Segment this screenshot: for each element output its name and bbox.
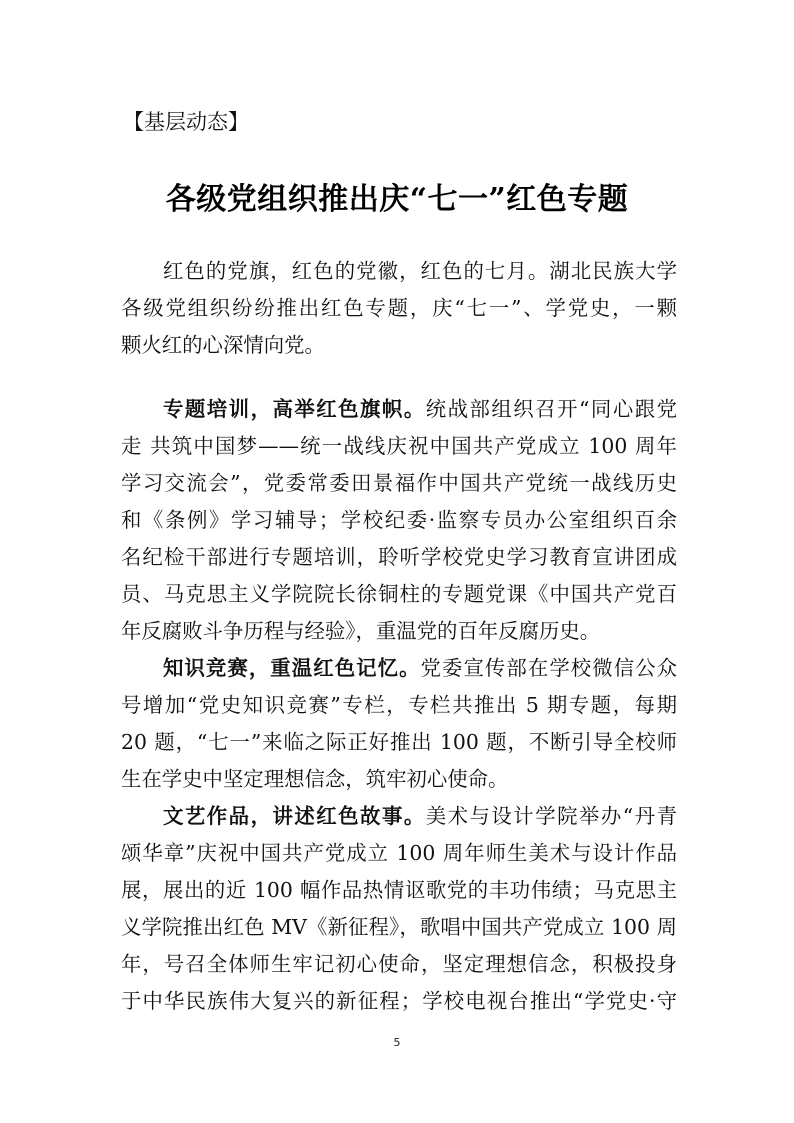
text-line: 和《条例》学习辅导；学校纪委·监察专员办公室组织百余	[121, 502, 677, 539]
text-line: 生在学史中坚定理想信念，筑牢初心使命。	[121, 761, 677, 798]
paragraph-lead: 知识竞赛，重温红色记忆。	[163, 656, 421, 680]
paragraph-lead: 专题培训，高举红色旗帜。	[163, 397, 426, 421]
article-title: 各级党组织推出庆“七一”红色专题	[0, 174, 794, 218]
text-line: 学习交流会”，党委常委田景福作中国共产党统一战线历史	[121, 465, 677, 502]
text-line: 红色的党旗，红色的党徽，红色的七月。湖北民族大学	[121, 253, 677, 290]
text-line: 各级党组织纷纷推出红色专题，庆“七一”、学党史，一颗	[121, 290, 677, 327]
text-line: 颂华章”庆祝中国共产党成立 100 周年师生美术与设计作品	[121, 835, 677, 872]
paragraph-quiz: 知识竞赛，重温红色记忆。党委宣传部在学校微信公众 号增加“党史知识竞赛”专栏，专…	[121, 650, 677, 798]
text-line: 年，号召全体师生牢记初心使命，坚定理想信念，积极投身	[121, 946, 677, 983]
text-line: 走 共筑中国梦——统一战线庆祝中国共产党成立 100 周年	[121, 428, 677, 465]
text-line: 颗火红的心深情向党。	[121, 327, 677, 364]
text-line: 展，展出的近 100 幅作品热情讴歌党的丰功伟绩；马克思主	[121, 872, 677, 909]
section-label: 【基层动态】	[123, 106, 249, 136]
text-line: 义学院推出红色 MV《新征程》，歌唱中国共产党成立 100 周	[121, 909, 677, 946]
text-line: 于中华民族伟大复兴的新征程；学校电视台推出“学党史·守	[121, 983, 677, 1020]
paragraph-text: 美术与设计学院举办“丹青	[426, 804, 677, 828]
text-line: 名纪检干部进行专题培训，聆听学校党史学习教育宣讲团成	[121, 539, 677, 576]
paragraph-lead: 文艺作品，讲述红色故事。	[163, 804, 426, 828]
intro-paragraph: 红色的党旗，红色的党徽，红色的七月。湖北民族大学 各级党组织纷纷推出红色专题，庆…	[121, 253, 677, 364]
text-line: 年反腐败斗争历程与经验》，重温党的百年反腐历史。	[121, 613, 677, 650]
text-line: 专题培训，高举红色旗帜。统战部组织召开“同心跟党	[121, 391, 677, 428]
text-line: 20 题，“七一”来临之际正好推出 100 题，不断引导全校师	[121, 724, 677, 761]
paragraph-training: 专题培训，高举红色旗帜。统战部组织召开“同心跟党 走 共筑中国梦——统一战线庆祝…	[121, 391, 677, 650]
paragraph-art: 文艺作品，讲述红色故事。美术与设计学院举办“丹青 颂华章”庆祝中国共产党成立 1…	[121, 798, 677, 1020]
paragraph-text: 统战部组织召开“同心跟党	[426, 397, 677, 421]
text-line: 员、马克思主义学院院长徐铜柱的专题党课《中国共产党百	[121, 576, 677, 613]
text-line: 号增加“党史知识竞赛”专栏，专栏共推出 5 期专题，每期	[121, 687, 677, 724]
text-line: 知识竞赛，重温红色记忆。党委宣传部在学校微信公众	[121, 650, 677, 687]
paragraph-text: 党委宣传部在学校微信公众	[421, 656, 677, 680]
page-number: 5	[0, 1036, 794, 1049]
text-line: 文艺作品，讲述红色故事。美术与设计学院举办“丹青	[121, 798, 677, 835]
